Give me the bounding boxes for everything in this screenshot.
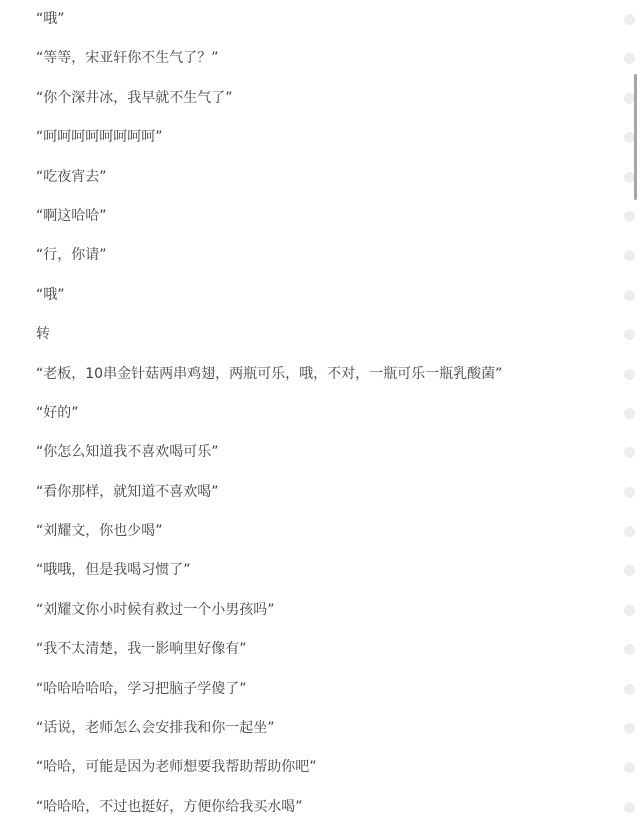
paragraph-comment-dot-icon[interactable]: [624, 526, 635, 537]
paragraph-text: “好的”: [0, 403, 624, 424]
paragraph-row: “呵呵呵呵呵呵呵呵”: [0, 127, 640, 148]
paragraph-row: “话说，老师怎么会安排我和你一起坐”: [0, 718, 640, 739]
paragraph-comment-dot-icon[interactable]: [624, 211, 635, 222]
paragraph-text: “你个深井冰，我早就不生气了”: [0, 88, 624, 109]
paragraph-comment-dot-icon[interactable]: [624, 487, 635, 498]
paragraph-text: “刘耀文你小时候有救过一个小男孩吗”: [0, 600, 624, 621]
paragraph-comment-dot-icon[interactable]: [624, 329, 635, 340]
paragraph-row: “看你那样，就知道不喜欢喝”: [0, 482, 640, 503]
paragraph-text: 转: [0, 324, 624, 345]
paragraph-text: “话说，老师怎么会安排我和你一起坐”: [0, 718, 624, 739]
paragraph-text: “哈哈，可能是因为老师想要我帮助帮助你吧”: [0, 757, 624, 778]
paragraph-row: “哦哦，但是我喝习惯了”: [0, 560, 640, 581]
paragraph-row: “哦”: [0, 9, 640, 30]
paragraph-row: “哈哈哈，不过也挺好，方便你给我买水喝”: [0, 797, 640, 818]
reader-page: “哦” “等等，宋亚轩你不生气了？” “你个深井冰，我早就不生气了” “呵呵呵呵…: [0, 0, 640, 833]
paragraph-row: “哈哈，可能是因为老师想要我帮助帮助你吧”: [0, 757, 640, 778]
paragraph-text: “吃夜宵去”: [0, 167, 624, 188]
paragraph-text: “啊这哈哈”: [0, 206, 624, 227]
paragraph-comment-dot-icon[interactable]: [624, 762, 635, 773]
paragraph-row: “好的”: [0, 403, 640, 424]
paragraph-row: “你个深井冰，我早就不生气了”: [0, 88, 640, 109]
paragraph-row: “啊这哈哈”: [0, 206, 640, 227]
paragraph-list: “哦” “等等，宋亚轩你不生气了？” “你个深井冰，我早就不生气了” “呵呵呵呵…: [0, 0, 640, 818]
paragraph-text: “哦”: [0, 9, 624, 30]
paragraph-comment-dot-icon[interactable]: [624, 14, 635, 25]
paragraph-comment-dot-icon[interactable]: [624, 605, 635, 616]
paragraph-row: 转: [0, 324, 640, 345]
paragraph-text: “老板，10串金针菇两串鸡翅，两瓶可乐，哦，不对，一瓶可乐一瓶乳酸菌”: [0, 364, 624, 385]
paragraph-row: “吃夜宵去”: [0, 167, 640, 188]
paragraph-text: “哈哈哈，不过也挺好，方便你给我买水喝”: [0, 797, 624, 818]
paragraph-row: “行，你请”: [0, 245, 640, 266]
paragraph-row: “你怎么知道我不喜欢喝可乐”: [0, 442, 640, 463]
paragraph-text: “哦哦，但是我喝习惯了”: [0, 560, 624, 581]
paragraph-row: “刘耀文，你也少喝”: [0, 521, 640, 542]
paragraph-comment-dot-icon[interactable]: [624, 565, 635, 576]
paragraph-text: “我不太清楚，我一影响里好像有”: [0, 639, 624, 660]
paragraph-comment-dot-icon[interactable]: [624, 250, 635, 261]
paragraph-text: “行，你请”: [0, 245, 624, 266]
paragraph-comment-dot-icon[interactable]: [624, 290, 635, 301]
paragraph-text: “看你那样，就知道不喜欢喝”: [0, 482, 624, 503]
paragraph-text: “呵呵呵呵呵呵呵呵”: [0, 127, 624, 148]
paragraph-row: “等等，宋亚轩你不生气了？”: [0, 48, 640, 69]
paragraph-row: “哈哈哈哈哈，学习把脑子学傻了”: [0, 679, 640, 700]
paragraph-comment-dot-icon[interactable]: [624, 447, 635, 458]
paragraph-comment-dot-icon[interactable]: [624, 723, 635, 734]
paragraph-row: “刘耀文你小时候有救过一个小男孩吗”: [0, 600, 640, 621]
paragraph-comment-dot-icon[interactable]: [624, 644, 635, 655]
paragraph-row: “我不太清楚，我一影响里好像有”: [0, 639, 640, 660]
paragraph-text: “等等，宋亚轩你不生气了？”: [0, 48, 624, 69]
paragraph-comment-dot-icon[interactable]: [624, 684, 635, 695]
scrollbar-thumb[interactable]: [634, 74, 637, 200]
paragraph-row: “老板，10串金针菇两串鸡翅，两瓶可乐，哦，不对，一瓶可乐一瓶乳酸菌”: [0, 364, 640, 385]
paragraph-text: “哦”: [0, 285, 624, 306]
paragraph-comment-dot-icon[interactable]: [624, 408, 635, 419]
paragraph-text: “刘耀文，你也少喝”: [0, 521, 624, 542]
paragraph-text: “哈哈哈哈哈，学习把脑子学傻了”: [0, 679, 624, 700]
paragraph-comment-dot-icon[interactable]: [624, 53, 635, 64]
paragraph-text: “你怎么知道我不喜欢喝可乐”: [0, 442, 624, 463]
paragraph-row: “哦”: [0, 285, 640, 306]
paragraph-comment-dot-icon[interactable]: [624, 802, 635, 813]
paragraph-comment-dot-icon[interactable]: [624, 369, 635, 380]
